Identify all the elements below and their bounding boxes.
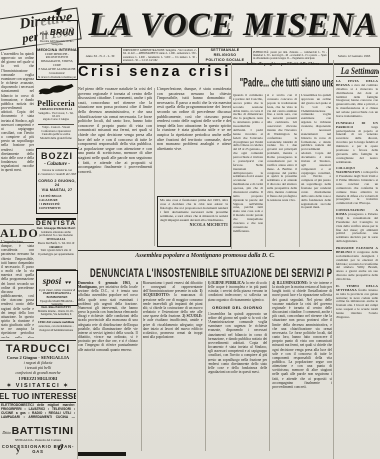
column-rule (269, 281, 270, 451)
ad-battistini-addr: SENIGALLIA - Piazzetta del Comune (0, 439, 76, 443)
ad-pellicceria-l4: Modelli delle grandi firme (36, 137, 76, 141)
ad-battistini: Ditta BATTISTINI SENIGALLIA - Piazzetta … (0, 421, 76, 454)
settimana-column: LA FESTA DELLA BEFANA a cura del comitat… (336, 80, 378, 457)
column-rule (299, 94, 300, 247)
servizi-subhead: ORDINE DEL GIORNO (208, 305, 268, 310)
fur-animal-icon (37, 83, 75, 95)
left-column-top-text: L'assemblea ha quindi approvato un ordin… (1, 52, 34, 222)
article-body: per iniziativa della locale sezione dell… (78, 285, 138, 351)
ad-pellicceria-addr1: Senigallia - Via Cavour, 3 - Tel. 63.119 (36, 112, 76, 119)
item-text: larga partecipazione di popolo ai funera… (336, 125, 378, 164)
article-body: Nel pieno delle vacanze natalizie la cri… (272, 298, 332, 389)
ad-tarducci-name: TARDUCCI (0, 343, 76, 355)
ad-sposi-t2: PARTECIPAZIONI e BOMBONIERE (37, 292, 77, 300)
ad-bozzi-t2: le creazioni e i modelli del 1963 (37, 173, 77, 177)
ad-brun-line3: E MALATTIE ALLERGICHE (37, 68, 77, 72)
masthead-title: LA VOCE MISENA (88, 7, 378, 44)
article-text: L'imperfezione, dunque, è stata consider… (157, 87, 231, 151)
settimana-item: PROSSIME ELEZIONI A BERLINO il congresso… (336, 247, 378, 282)
crisi-headline: Crisi senza crisi (78, 64, 231, 80)
ad-sposi-name: sposi (43, 276, 62, 286)
ad-brun-sub: Docente dell'Ospedale Civile - Senigalli… (37, 40, 77, 47)
ad-bozzi-b2: • I PREZZI PIÙ CONVENIENTI (37, 203, 77, 211)
servizi-col-4: 4) ILLUMINAZIONE: le vie interne e la st… (272, 281, 332, 452)
article-text: Domenica 6 gennaio 1963, a Montignano, p… (78, 281, 138, 352)
ad-dentista-o2: Il pomeriggio per appuntamento (36, 253, 76, 256)
item-text: proseguono a Palazzo Chigi le consultazi… (336, 212, 378, 243)
ad-pellicceria-addr2: angolo Corso 2 Giugno (36, 118, 76, 121)
settimana-item: CONSULTAZIONI A ROMA proseguono a Palazz… (336, 209, 378, 244)
article-text: L'imperfezione, dunque, è stata consider… (1, 240, 34, 338)
ad-battistini-name-row: Ditta BATTISTINI (0, 421, 76, 439)
banner-rule (78, 250, 332, 251)
weekly-line-1: SETTIMANALE RELIGIOSO (200, 48, 250, 57)
bottom-bar (78, 452, 126, 456)
article-text: Nel pieno delle vacanze natalizie la cri… (78, 87, 152, 174)
banner-kicker: Assemblea popolare a Montignano promossa… (78, 253, 332, 259)
ad-dentista: DENTISTA Dott. Giuseppe Michele Marri Ga… (36, 218, 76, 270)
article-text: L'assemblea ha quindi approvato un ordin… (208, 312, 268, 374)
item-text: il congresso della socialdemocrazia desi… (336, 250, 378, 281)
item-text: a cura del comitato cittadino si è rinno… (336, 83, 378, 118)
column-rule (205, 281, 206, 451)
ad-brun: Prof. BRUN Docente dell'Ospedale Civile … (36, 20, 78, 80)
item-2-text: le aule risultano insufficienti, umide e… (143, 318, 203, 339)
column-rule (141, 281, 142, 451)
classified-text: zona mare, con riscaldamento - rivolgers… (36, 325, 76, 332)
ad-brun-title: Prof. (40, 31, 50, 36)
servizi-col-2: Riassumiamo i punti emersi dal dibattito… (143, 281, 203, 452)
classifieds: Dott. Rino PAOLETTI Malattie interne - O… (36, 306, 76, 338)
classified-text: Malattie interne - Orario 16-19 - Seniga… (36, 310, 76, 317)
article-text: L'assemblea ha quindi approvato un ordin… (1, 52, 34, 173)
ad-battistini-name: BATTISTINI (12, 425, 74, 437)
crisi-col-2: L'imperfezione, dunque, è stata consider… (157, 87, 231, 248)
padre-headline-text: "Padre... che tutti siano una cosa sola.… (240, 76, 333, 90)
servizi-col-1: Domenica 6 gennaio 1963, a Montignano, p… (78, 281, 138, 452)
ad-sposi: sposi ♥♥ le più chiare, intime creazioni… (36, 270, 78, 306)
article-text: 4) ILLUMINAZIONE: le vie interne e la st… (272, 281, 332, 389)
intro: Riassumiamo i punti emersi dal dibattito… (143, 281, 203, 293)
ad-bozzi-name: BOZZI (37, 152, 77, 162)
padre-col-3: L'assemblea ha quindi approvato un ordin… (301, 94, 331, 248)
ad-interesse-lines: ELETTRODOMESTICI delle migliori marche: … (1, 403, 75, 419)
ad-battistini-ditta: Ditta (2, 430, 11, 435)
settimana-item: COLLOQUI A WASHINGTON i colloqui fra il … (336, 167, 378, 206)
column-rule (154, 88, 155, 246)
divider (40, 318, 72, 319)
item-text: freddo intenso su tutta la provincia con… (336, 288, 378, 319)
article-signature: NICOLA MICHETTI (160, 223, 228, 227)
padre-headline: "Padre... che tutti siano una cosa sola.… (232, 70, 333, 91)
settimana-item: IL TEMPO DELLA SETTIMANA freddo intenso … (336, 285, 378, 320)
rail-divider (333, 60, 334, 459)
administration-info: DIREZIONE E AMMINISTRAZIONE: Senigallia … (121, 47, 199, 64)
ad-tarducci: TARDUCCI Corso 2 Giugno - SENIGALLIA i n… (0, 340, 76, 389)
scan-mark: ϑ (57, 442, 63, 453)
inset-text: Ma una cosa è funzionare prima del 1963,… (160, 199, 228, 222)
article-text: 3) IGIENE PUBBLICA: la rete di scolo del… (208, 281, 268, 302)
newspaper-page: LA VOCE MISENA Anno XI - N. 2 - L. 30 DI… (0, 0, 380, 459)
ad-brun-surname: BRUN (50, 28, 74, 37)
settimana-title-text: La Settimana (341, 67, 379, 75)
ad-bozzi-addr2: VIA MASTAI, 27 (37, 188, 77, 192)
crisi-col-2-text: L'imperfezione, dunque, è stata consider… (157, 87, 231, 193)
ad-tarducci-visit: ✶ VISITATECI ✶ (0, 383, 76, 389)
ad-sposi-name-row: sposi ♥♥ (37, 271, 77, 289)
crisi-inset-box: Ma una cosa è funzionare prima del 1963,… (157, 196, 231, 247)
ad-brun-address: Si riceve la Domenica mattina per appunt… (37, 76, 77, 80)
banner-headline: DENUNCIATA L'INSOSTENIBILE SITUAZIONE DE… (78, 261, 332, 278)
padre-kicker: Invito alla preghiera per l'Unità della … (233, 62, 333, 66)
hearts-icon: ♥♥ (65, 281, 71, 286)
column-rule (265, 94, 266, 247)
ad-tarducci-l4: I PREZZI MIGLIORI (0, 376, 76, 381)
servizi-col-3: 3) IGIENE PUBBLICA: la rete di scolo del… (208, 281, 268, 452)
issue-number: Anno XI - N. 2 - L. 30 (78, 47, 122, 64)
ad-bozzi: BOZZI - Calzature - rinnova la calzoleri… (36, 148, 78, 214)
ad-bozzi-addr1: CORSO 2 GIUGNO, 24 (37, 179, 77, 187)
ad-brun-name: Prof. BRUN (37, 22, 77, 40)
banner-headline-text: DENUNCIATA L'INSOSTENIBILE SITUAZIONE DE… (90, 266, 332, 278)
appliance-list: ELETTRODOMESTICI delle migliori marche: … (1, 403, 75, 419)
padre-col-2: si è svolta con il consueto concorso di … (267, 94, 297, 248)
padre-col-1: Quando il commento è parlare del Concili… (233, 94, 263, 248)
crisi-col-1: Nel pieno delle vacanze natalizie la cri… (78, 87, 152, 248)
settimana-title: La Settimana (335, 61, 379, 75)
article-text: si è svolta con il consueto concorso di … (267, 94, 297, 203)
article-text: Quando il commento è parlare del Concili… (233, 94, 263, 234)
article-text: Riassumiamo i punti emersi dal dibattito… (143, 281, 203, 339)
article-text: L'assemblea ha quindi approvato un ordin… (301, 94, 331, 210)
padre-article: Quando il commento è parlare del Concili… (233, 94, 332, 248)
ad-bozzi-sub: - Calzature - (37, 162, 77, 167)
ad-pellicceria: Pellicceria URBANO FIUMICELLI Senigallia… (36, 82, 76, 141)
settimana-rule (336, 76, 378, 77)
item-text: i colloqui fra il Presidente degli Stati… (336, 170, 378, 205)
left-column-bottom-text: L'imperfezione, dunque, è stata consider… (1, 240, 34, 338)
ad-interesse-banner: NEL TUO INTERESSE (0, 389, 76, 403)
settimana-item: LA FESTA DELLA BEFANA a cura del comitat… (336, 80, 378, 119)
ad-interesse-title: NEL TUO INTERESSE (0, 392, 76, 401)
settimana-item: FUNERALI DI UN PARROCO larga partecipazi… (336, 122, 378, 165)
ad-battistini-gas: CONCESSIONARIO BUTAN-GAS (0, 444, 76, 454)
